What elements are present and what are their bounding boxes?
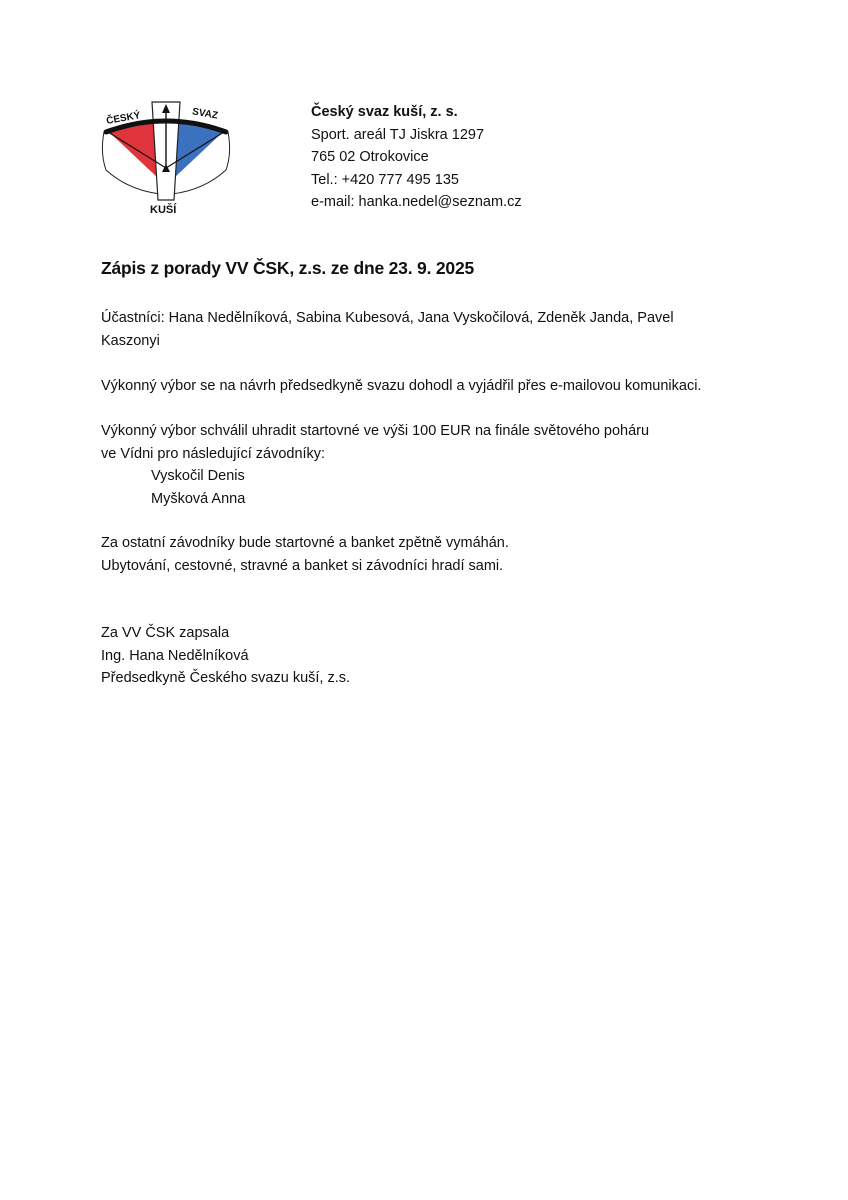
signature-name: Ing. Hana Nedělníková bbox=[101, 645, 350, 668]
signature-role: Předsedkyně Českého svazu kuší, z.s. bbox=[101, 667, 350, 690]
competitor-item: Vyskočil Denis bbox=[101, 465, 649, 488]
participants-line-1: Účastníci: Hana Nedělníková, Sabina Kube… bbox=[101, 307, 674, 330]
approval-line-1: Výkonný výbor schválil uhradit startovné… bbox=[101, 420, 649, 443]
others-paragraph: Za ostatní závodníky bude startovné a ba… bbox=[101, 532, 509, 577]
address-line-2: 765 02 Otrokovice bbox=[311, 146, 522, 169]
others-line-1: Za ostatní závodníky bude startovné a ba… bbox=[101, 532, 509, 555]
svg-text:SVAZ: SVAZ bbox=[191, 106, 218, 121]
participants-line-2: Kaszonyi bbox=[101, 330, 674, 353]
competitor-item: Myšková Anna bbox=[101, 488, 649, 511]
organization-logo: ČESKÝ SVAZ KUŠÍ bbox=[98, 98, 234, 218]
signature-block: Za VV ČSK zapsala Ing. Hana Nedělníková … bbox=[101, 622, 350, 690]
agreement-paragraph: Výkonný výbor se na návrh předsedkyně sv… bbox=[101, 375, 701, 398]
svg-text:KUŠÍ: KUŠÍ bbox=[150, 203, 177, 216]
participants: Účastníci: Hana Nedělníková, Sabina Kube… bbox=[101, 307, 674, 352]
signature-line-1: Za VV ČSK zapsala bbox=[101, 622, 350, 645]
approval-paragraph: Výkonný výbor schválil uhradit startovné… bbox=[101, 420, 649, 510]
others-line-2: Ubytování, cestovné, stravné a banket si… bbox=[101, 555, 509, 578]
letterhead: Český svaz kuší, z. s. Sport. areál TJ J… bbox=[311, 101, 522, 214]
approval-line-2: ve Vídni pro následující závodníky: bbox=[101, 443, 649, 466]
phone: Tel.: +420 777 495 135 bbox=[311, 169, 522, 192]
crossbow-logo-icon: ČESKÝ SVAZ KUŠÍ bbox=[98, 98, 234, 218]
organization-name: Český svaz kuší, z. s. bbox=[311, 101, 522, 124]
email: e-mail: hanka.nedel@seznam.cz bbox=[311, 191, 522, 214]
document-title: Zápis z porady VV ČSK, z.s. ze dne 23. 9… bbox=[101, 258, 474, 279]
address-line-1: Sport. areál TJ Jiskra 1297 bbox=[311, 124, 522, 147]
